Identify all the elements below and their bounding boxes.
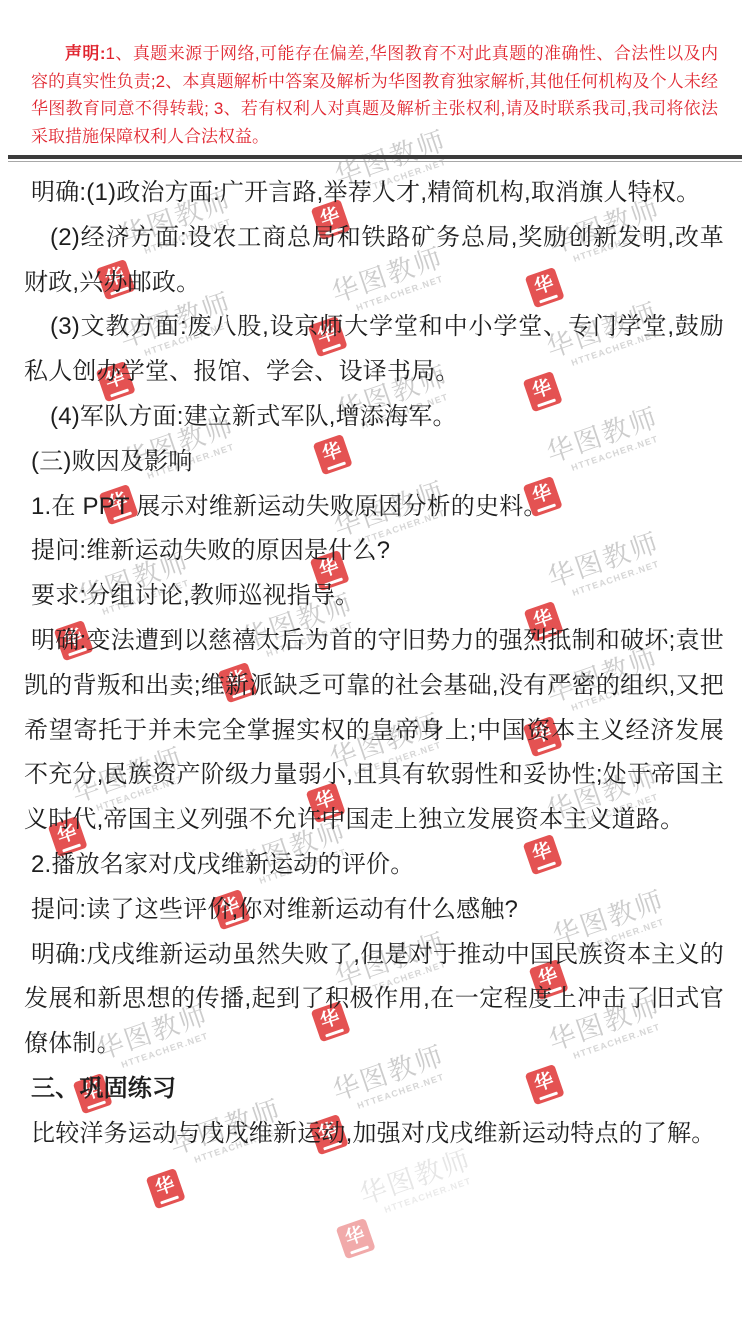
paragraph: 提问:读了这些评价,你对维新运动有什么感触? xyxy=(24,888,724,933)
paragraph: (3)文教方面:废八股,设京师大学堂和中小学堂、专门学堂,鼓励私人创办学堂、报馆… xyxy=(24,305,724,395)
huatu-logo-glyph: 华 xyxy=(343,1224,367,1249)
document-content: 声明:1、真题来源于网络,可能存在偏差,华图教育不对此真题的准确性、合法性以及内… xyxy=(0,40,748,1157)
document-body: 明确:(1)政治方面:广开言路,举荐人才,精简机构,取消旗人特权。(2)经济方面… xyxy=(24,171,724,1157)
divider-thin-line xyxy=(8,161,742,162)
paragraph: (4)军队方面:建立新式军队,增添海军。 xyxy=(24,395,724,440)
huatu-logo-glyph: 华 xyxy=(153,1174,177,1199)
paragraph: 明确:戊戌维新运动虽然失败了,但是对于推动中国民族资本主义的发展和新思想的传播,… xyxy=(24,933,724,1067)
paragraph: (2)经济方面:设农工商总局和铁路矿务总局,奖励创新发明,改革财政,兴办邮政。 xyxy=(24,216,724,306)
huatu-logo-icon: 华 xyxy=(146,1168,186,1209)
disclaimer-text: 1、真题来源于网络,可能存在偏差,华图教育不对此真题的准确性、合法性以及内容的真… xyxy=(31,44,718,146)
divider-thick-line xyxy=(8,155,742,159)
paragraph: 要求:分组讨论,教师巡视指导。 xyxy=(24,574,724,619)
header-divider xyxy=(8,155,742,162)
paragraph: 明确:变法遭到以慈禧太后为首的守旧势力的强烈抵制和破坏;袁世凯的背叛和出卖;维新… xyxy=(24,619,724,843)
paragraph: 明确:(1)政治方面:广开言路,举荐人才,精简机构,取消旗人特权。 xyxy=(24,171,724,216)
watermark-text: 华图教师 HTTEACHER.NET xyxy=(356,1145,479,1221)
paragraph: 2.播放名家对戊戌维新运动的评价。 xyxy=(24,843,724,888)
document-page: 华 华图教师 HTTEACHER.NET 华 华图教师 HTTEACHER.NE… xyxy=(0,0,748,1335)
paragraph: 三、巩固练习 xyxy=(24,1067,724,1112)
paragraph: (三)败因及影响 xyxy=(24,440,724,485)
disclaimer-paragraph: 声明:1、真题来源于网络,可能存在偏差,华图教育不对此真题的准确性、合法性以及内… xyxy=(31,40,718,150)
paragraph: 比较洋务运动与戊戌维新运动,加强对戊戌维新运动特点的了解。 xyxy=(24,1112,724,1157)
paragraph: 1.在 PPT 展示对维新运动失败原因分析的史料。 xyxy=(24,485,724,530)
disclaimer-prefix: 声明: xyxy=(65,44,106,63)
huatu-logo-icon: 华 xyxy=(336,1218,376,1259)
paragraph: 提问:维新运动失败的原因是什么? xyxy=(24,529,724,574)
